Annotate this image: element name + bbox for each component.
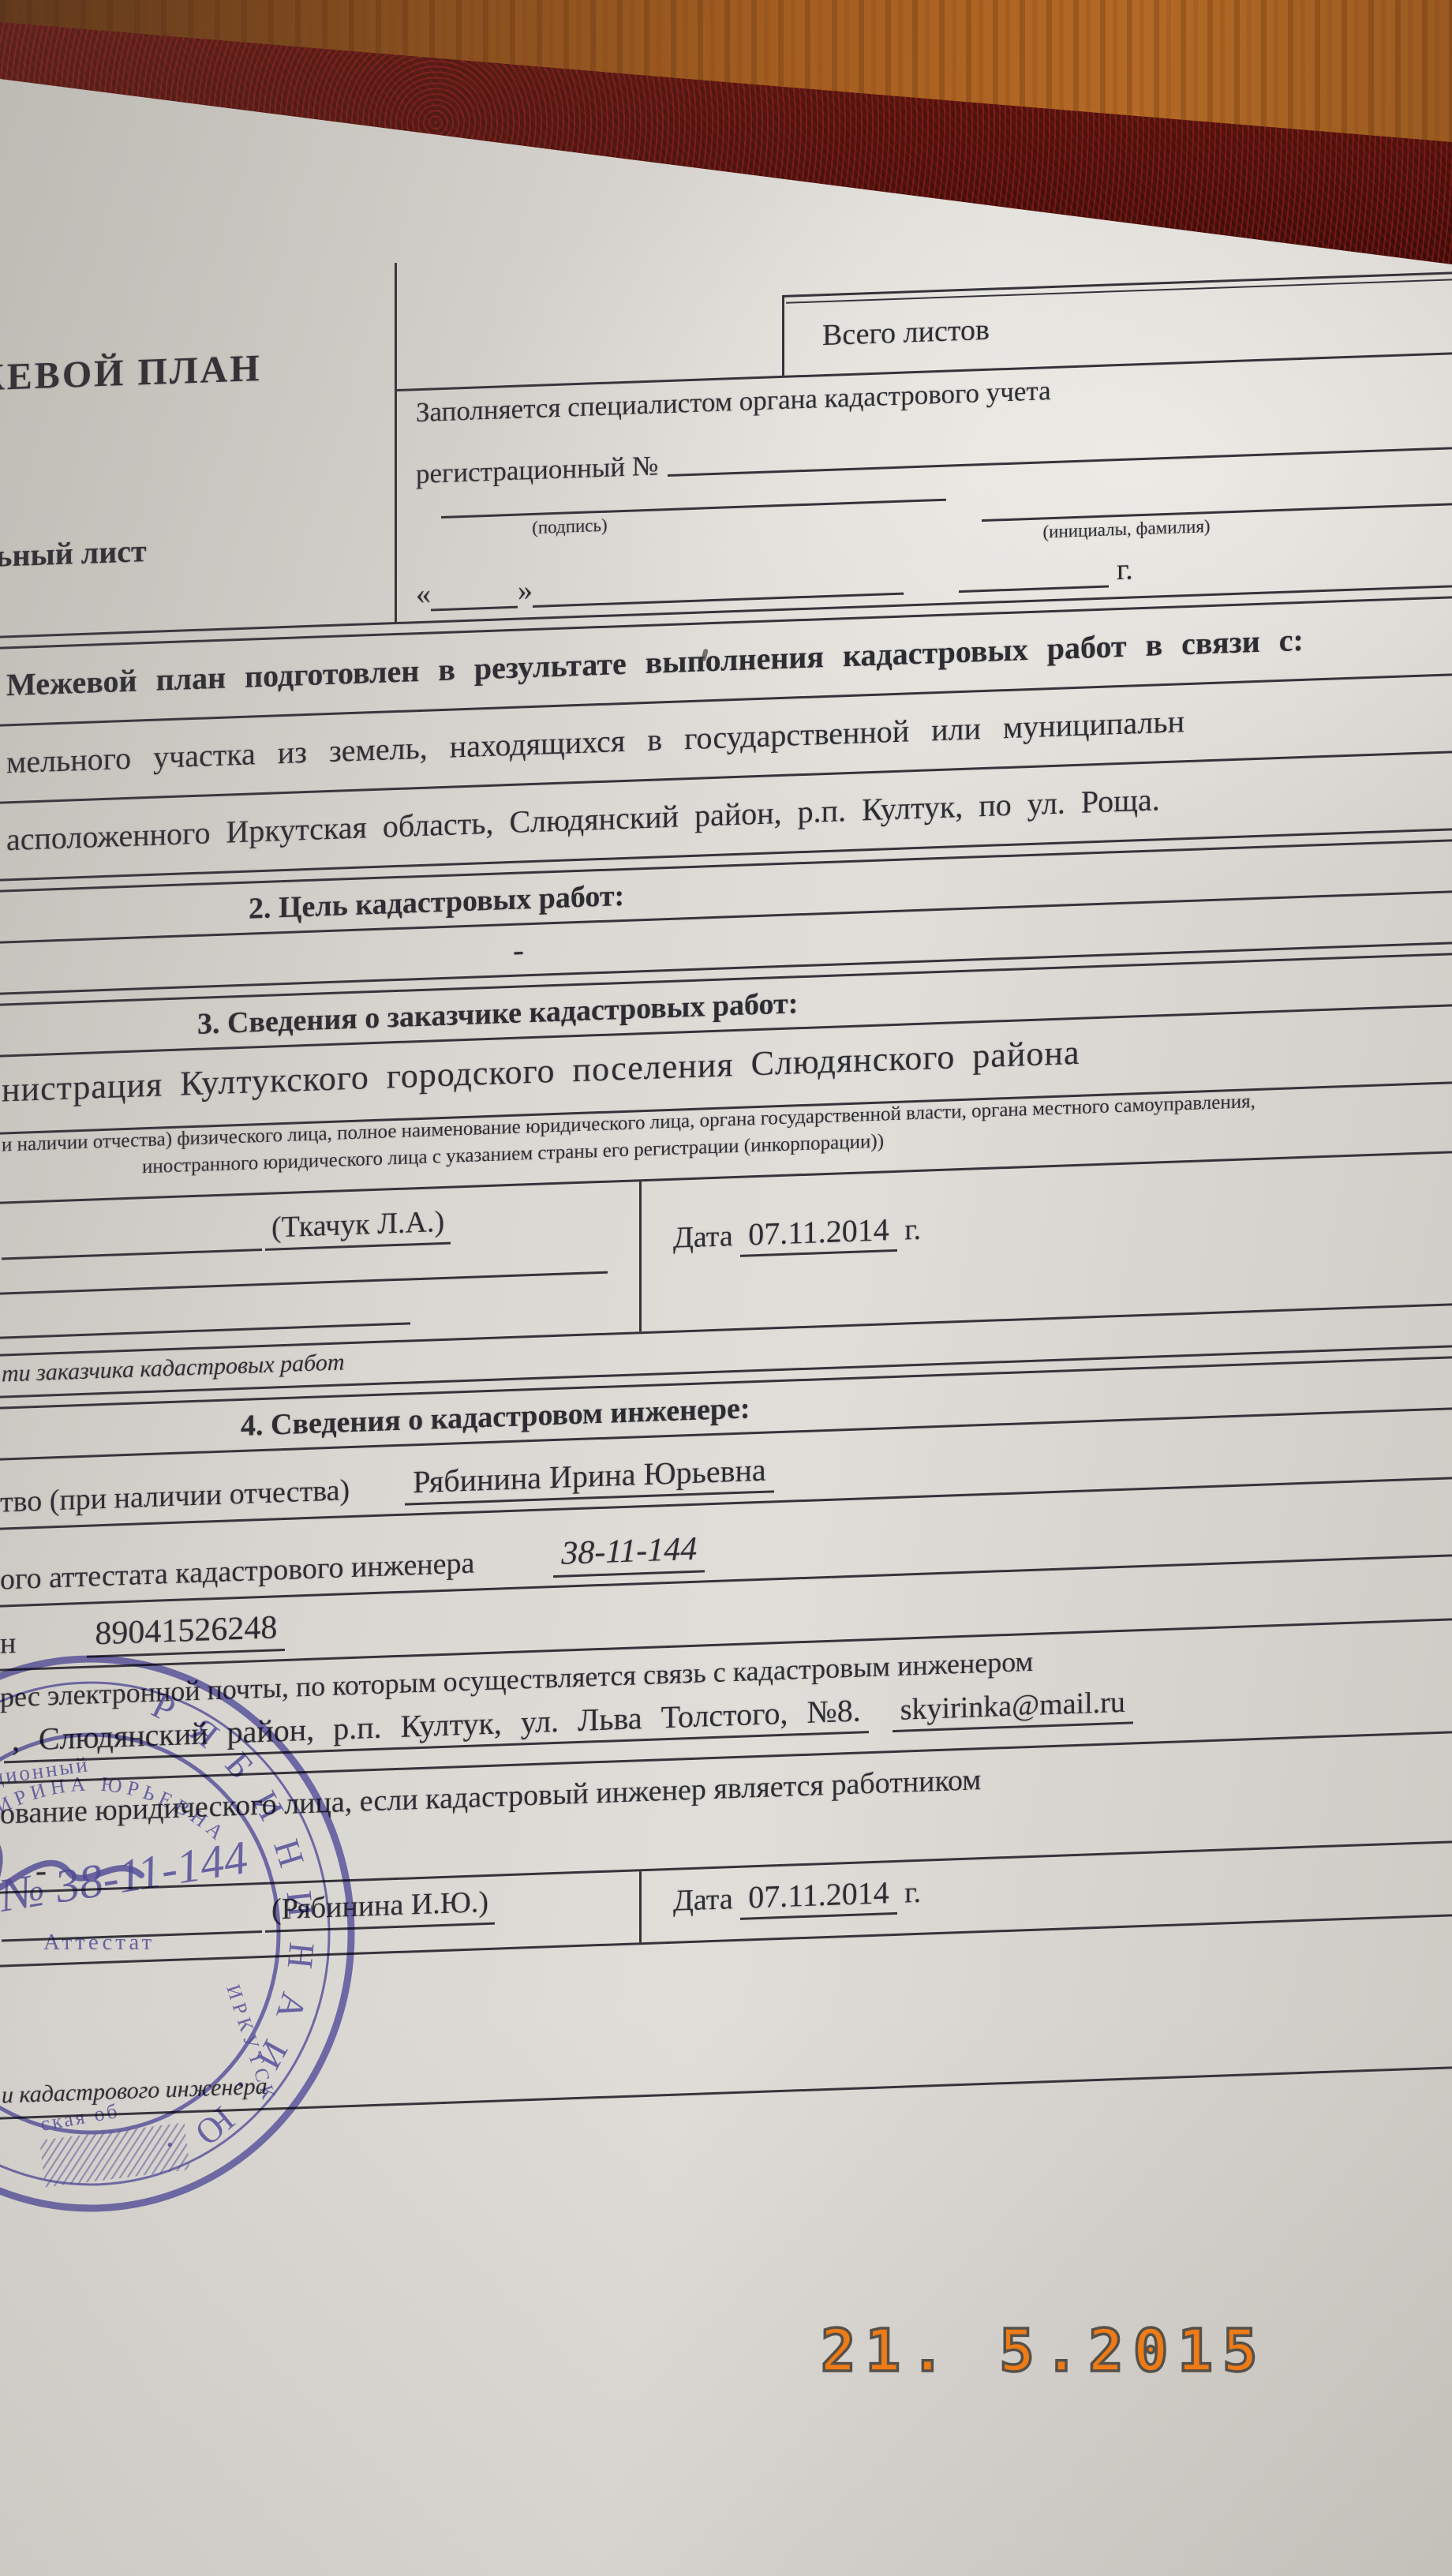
header-table: МЕЖЕВОЙ ПЛАН Титульный лист Всего листов… [0, 225, 1452, 643]
date-label: Дата [673, 1219, 733, 1255]
header-right-cell: Всего листов Заполняется специалистом ор… [395, 225, 1452, 623]
blank-line-long [0, 1271, 608, 1302]
customer-signature-cell: (Ткачук Л.А.) [0, 1181, 639, 1361]
total-sheets-label: Всего листов [822, 312, 990, 352]
signature-caption: (подпись) [532, 515, 607, 538]
year-blank-line [959, 554, 1109, 593]
engineer-name-value: Рябинина Ирина Юрьевна [405, 1451, 773, 1505]
date-value: 07.11.2014 [740, 1874, 897, 1920]
date-suffix: г. [904, 1876, 921, 1910]
date-suffix: г. [904, 1213, 921, 1247]
document-title: МЕЖЕВОЙ ПЛАН [0, 346, 262, 402]
day-blank-line [431, 575, 518, 612]
quote-open: « [416, 577, 431, 612]
ink-stamp: РЯБИНИНА ИРИНА ЮРЬЕВНА Р Я Б И Н И Н А И… [0, 1649, 383, 2226]
spacer [904, 592, 959, 594]
photo-of-cadastral-document: { "photo": { "camera_date": "21. 5.2015"… [0, 0, 1452, 2576]
sheet-subtitle: Титульный лист [0, 532, 147, 577]
year-suffix: г. [1117, 552, 1133, 587]
month-blank-line [533, 561, 904, 608]
attestate-value: 38-11-144 [553, 1529, 705, 1578]
date-value: 07.11.2014 [740, 1211, 897, 1257]
email-value: skyirinka@mail.ru [893, 1684, 1133, 1732]
date-label: Дата [673, 1882, 733, 1918]
stamp-number: № 38-11-144 [0, 1831, 251, 1922]
customer-date-cell: Дата 07.11.2014 г. [639, 1152, 1452, 1332]
stamp-word-attestat: Аттестат [43, 1930, 155, 1955]
signature-blank-line [2, 1217, 262, 1260]
customer-signature-line: (Ткачук Л.А.) [2, 1204, 451, 1260]
customer-name: (Ткачук Л.А.) [265, 1204, 451, 1251]
quote-close: » [518, 573, 533, 608]
camera-date-stamp: 21. 5.2015 [821, 2317, 1267, 2385]
stamp-guilloche-block [39, 2122, 190, 2187]
header-left-cell: МЕЖЕВОЙ ПЛАН Титульный лист [0, 263, 395, 643]
